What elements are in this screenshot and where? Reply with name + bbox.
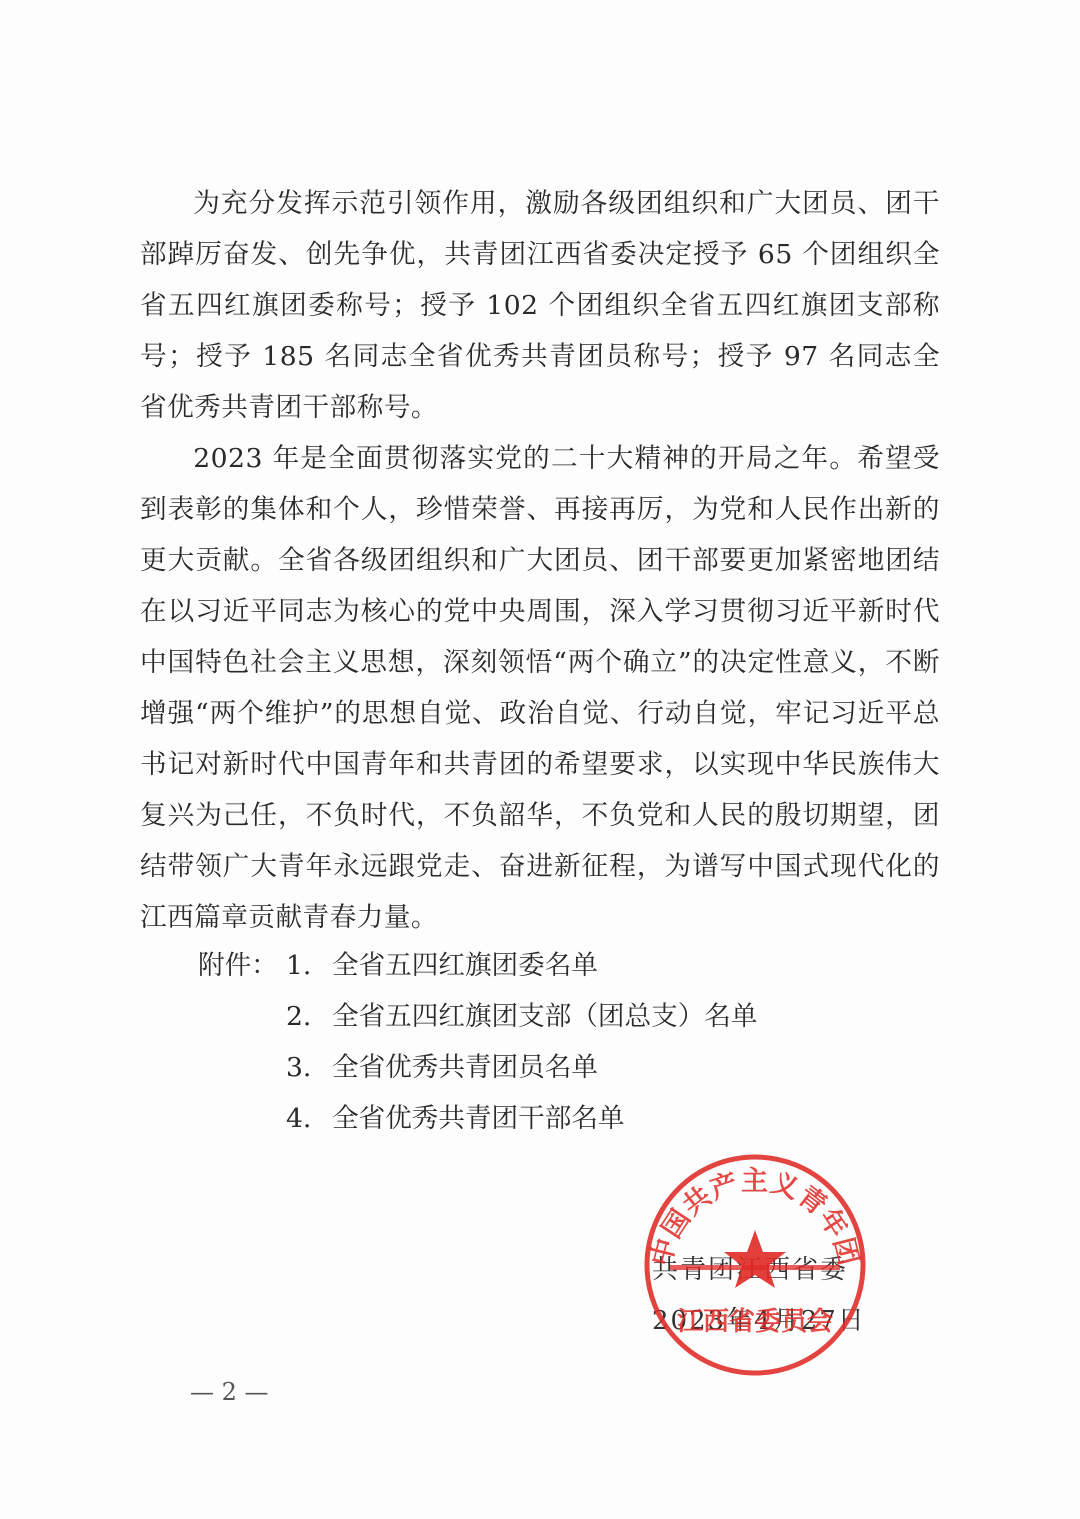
attachment-item: 4. 全省优秀共青团干部名单 — [198, 1093, 758, 1144]
attachment-title: 全省五四红旗团支部（团总支）名单 — [332, 991, 758, 1042]
attachment-item: 附件： 1. 全省五四红旗团委名单 — [198, 940, 758, 991]
document-page: 为充分发挥示范引领作用，激励各级团组织和广大团员、团干部踔厉奋发、创先争优，共青… — [0, 0, 1080, 1519]
attachment-title: 全省优秀共青团干部名单 — [332, 1093, 625, 1144]
attachments-list: 附件： 1. 全省五四红旗团委名单 2. 全省五四红旗团支部（团总支）名单 3.… — [198, 940, 758, 1144]
attachment-item: 2. 全省五四红旗团支部（团总支）名单 — [198, 991, 758, 1042]
attachment-title: 全省五四红旗团委名单 — [332, 940, 598, 991]
attachment-number: 3. — [286, 1042, 332, 1093]
document-body: 为充分发挥示范引领作用，激励各级团组织和广大团员、团干部踔厉奋发、创先争优，共青… — [140, 178, 940, 943]
page-number: — 2 — — [190, 1378, 269, 1406]
attachment-number: 2. — [286, 991, 332, 1042]
attachment-item: 3. 全省优秀共青团员名单 — [198, 1042, 758, 1093]
attachment-number: 1. — [286, 940, 332, 991]
attachment-number: 4. — [286, 1093, 332, 1144]
paragraph-commendation: 为充分发挥示范引领作用，激励各级团组织和广大团员、团干部踔厉奋发、创先争优，共青… — [140, 178, 940, 433]
official-seal-icon: 中国共产主义青年团 江西省委员会 — [640, 1150, 870, 1380]
attachments-label: 附件： — [198, 940, 286, 991]
svg-text:江西省委员会: 江西省委员会 — [677, 1307, 833, 1337]
attachment-title: 全省优秀共青团员名单 — [332, 1042, 598, 1093]
paragraph-expectations: 2023 年是全面贯彻落实党的二十大精神的开局之年。希望受到表彰的集体和个人，珍… — [140, 433, 940, 943]
